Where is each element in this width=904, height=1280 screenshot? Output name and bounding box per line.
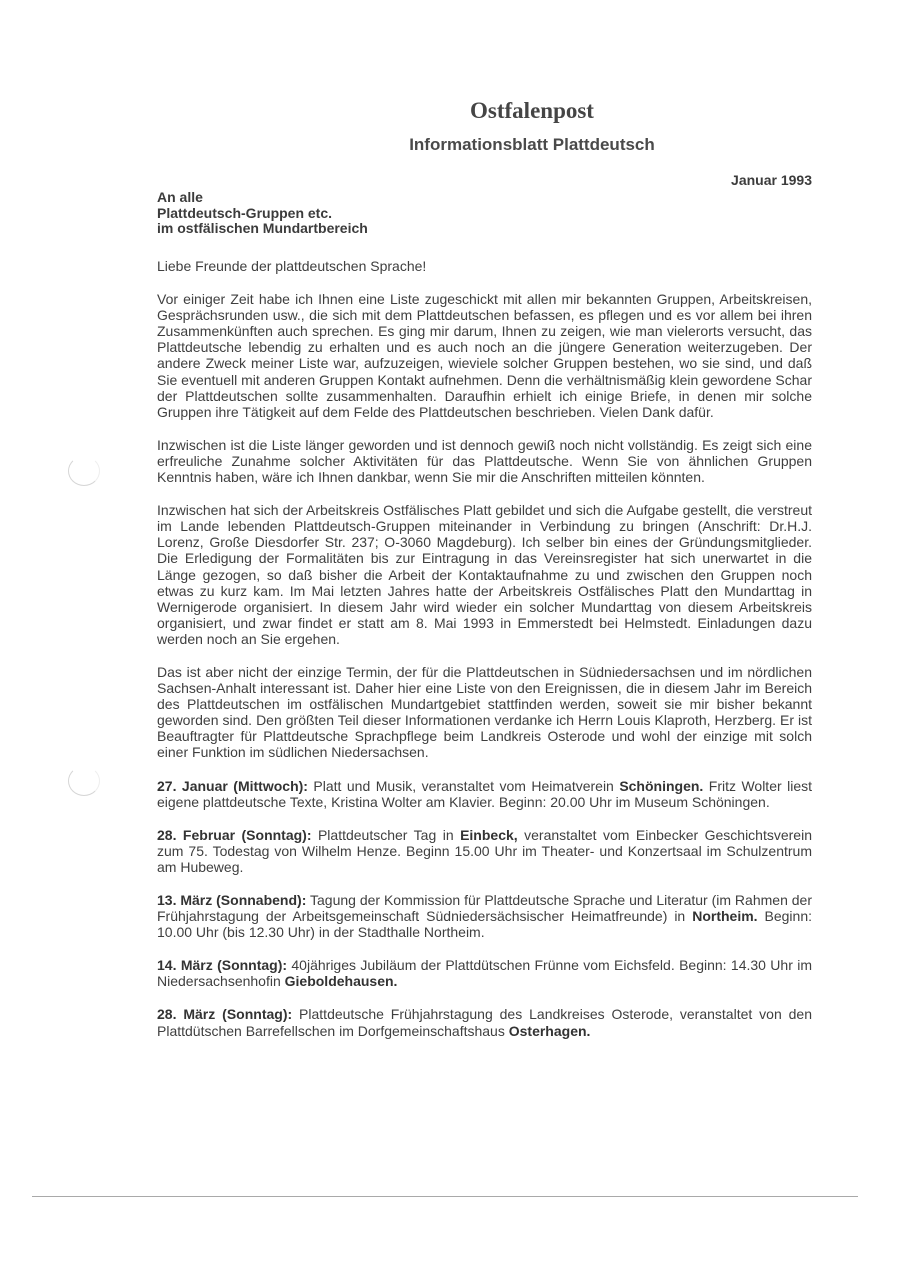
paragraph: Inzwischen ist die Liste länger geworden… — [157, 437, 812, 485]
event-text: Platt und Musik, veranstaltet vom Heimat… — [308, 778, 619, 794]
newsletter-title: Ostfalenpost — [80, 96, 904, 126]
event-place: Osterhagen. — [509, 1023, 591, 1039]
event-list: 27. Januar (Mittwoch): Platt und Musik, … — [157, 778, 812, 1039]
event-date: 27. Januar (Mittwoch): — [157, 778, 308, 794]
event-item: 13. März (Sonnabend): Tagung der Kommiss… — [157, 892, 812, 940]
addressee-line: im ostfälischen Mundartbereich — [157, 221, 368, 237]
event-date: 14. März (Sonntag): — [157, 957, 287, 973]
masthead: Ostfalenpost Informationsblatt Plattdeut… — [80, 96, 904, 156]
punch-hole-mark — [68, 456, 100, 486]
addressee-line: Plattdeutsch-Gruppen etc. — [157, 206, 368, 222]
event-place: Einbeck, — [460, 827, 518, 843]
newsletter-subtitle: Informationsblatt Plattdeutsch — [80, 134, 904, 156]
event-place: Schöningen. — [619, 778, 703, 794]
document-page: Ostfalenpost Informationsblatt Plattdeut… — [0, 0, 904, 1280]
addressee-line: An alle — [157, 190, 368, 206]
salutation: Liebe Freunde der plattdeutschen Sprache… — [157, 258, 812, 274]
event-place: Northeim. — [692, 908, 757, 924]
punch-hole-mark — [68, 766, 100, 796]
issue-date: Januar 1993 — [731, 172, 812, 188]
event-item: 28. März (Sonntag): Plattdeutsche Frühja… — [157, 1006, 812, 1038]
event-item: 27. Januar (Mittwoch): Platt und Musik, … — [157, 778, 812, 810]
event-item: 14. März (Sonntag): 40jähriges Jubiläum … — [157, 957, 812, 989]
paragraph: Vor einiger Zeit habe ich Ihnen eine Lis… — [157, 291, 812, 420]
paragraph: Inzwischen hat sich der Arbeitskreis Ost… — [157, 502, 812, 647]
event-date: 28. Februar (Sonntag): — [157, 827, 312, 843]
paragraph: Das ist aber nicht der einzige Termin, d… — [157, 664, 812, 761]
event-item: 28. Februar (Sonntag): Plattdeutscher Ta… — [157, 827, 812, 875]
event-text: Plattdeutscher Tag in — [312, 827, 461, 843]
event-date: 28. März (Sonntag): — [157, 1006, 292, 1022]
addressee-block: An alle Plattdeutsch-Gruppen etc. im ost… — [157, 190, 368, 237]
event-place: Gieboldehausen. — [285, 973, 398, 989]
event-date: 13. März (Sonnabend): — [157, 892, 306, 908]
bottom-rule — [32, 1196, 858, 1197]
letter-body: Liebe Freunde der plattdeutschen Sprache… — [157, 258, 812, 1056]
